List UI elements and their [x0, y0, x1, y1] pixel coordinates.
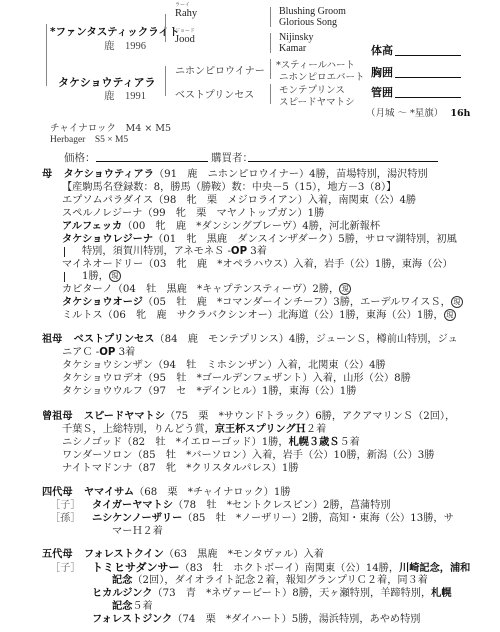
- gen3-brace-4: [270, 84, 271, 104]
- entry-bold-tail: 札幌: [431, 587, 451, 599]
- progeny-detail: （04 牡 黒鹿 *キャプテンスティーヴ）2勝，: [113, 284, 339, 295]
- progeny-0: エプソムパラダイス（98 牝 栗 メジロライアン）入着，南関東（公）4勝: [62, 194, 416, 207]
- fifth-dam-entry-2: フォレストジンク（74 栗 *ダイハート）5勝，湯浜特別，あやめ特別: [92, 613, 421, 626]
- sire-sire: ラーイ Rahy: [175, 3, 197, 19]
- dam-color-year: 鹿 1991: [104, 88, 146, 103]
- granddam-detail: （84 鹿 モンテプリンス）4勝，ジューンＳ，樽前山特別，ジュ: [154, 334, 457, 345]
- ggdam-detail: （75 栗 *サウンドトラック）6勝，アクアマリンＳ（2回），: [165, 411, 455, 422]
- progeny-detail: （00 牝 鹿 *ダンシングブレーヴ）4勝，河北新報杯: [122, 221, 380, 232]
- inbreeding-1: Herbager S5 × M5: [50, 131, 128, 145]
- active-icon: 現: [451, 296, 463, 308]
- progeny-cont: 特別，須賀川特別，アネモネＳ -: [82, 246, 231, 257]
- sire-color-year: 鹿 1996: [104, 38, 146, 53]
- fourth-dam-entry-1: ［孫］ニシケンノーザリー（85 牡 *ノーザリー）2勝，高知・東海（公）13勝，…: [50, 512, 454, 525]
- progeny-name: カピターノ: [62, 284, 113, 295]
- dam-heading-name: タケショウティアラ: [63, 169, 153, 180]
- entry-cont: （2回），ダイオライト記念２着，報知グランプリＣ２着，同３着: [132, 575, 428, 586]
- progeny-name: ミルトス: [62, 310, 103, 321]
- ggdam-cont-bold: 京王杯スプリングＨ: [215, 423, 306, 435]
- fourth-dam-name: ヤマイサム: [84, 487, 134, 498]
- op-badge: OP: [99, 347, 115, 358]
- foaling-value: 16h: [450, 108, 470, 119]
- ggdam-cont-text: 千葉Ｓ，上総特別，りんどう賞，: [62, 424, 215, 435]
- progeny-7: ミルトス（06 牝 鹿 サクラバクシンオー）北海道（公）1勝，東海（公）1勝，現: [62, 309, 456, 322]
- entry-name: ヒカルジンク: [92, 588, 152, 599]
- entry-bold-tail: 川崎記念，浦和: [399, 562, 470, 574]
- progeny-name: エプソムパラダイス: [62, 195, 153, 206]
- gen3-2: Nijinsky: [279, 32, 313, 43]
- ggdam-name: スピードヤマトシ: [84, 411, 165, 422]
- height-label: 体高: [371, 42, 393, 58]
- dam-label: 母: [42, 169, 52, 180]
- ggdam-cont: 千葉Ｓ，上総特別，りんどう賞，京王杯スプリングＨ２着: [62, 423, 326, 436]
- fifth-dam-heading: 五代母 フォレストクイン（63 黒鹿 *モンタヴァル）入着: [42, 548, 324, 561]
- fourth-dam-entry-0: ［子］タイガーヤマトシ（78 牡 *セントクレスピン）2勝，菖蒲特別: [50, 499, 391, 512]
- dam-summary: 【産駒馬名登録数：8，勝馬（勝鞍）数：中央－5（15），地方－3（8）】: [62, 181, 396, 194]
- price-field[interactable]: [96, 149, 208, 162]
- gen3-brace-2: [270, 33, 271, 53]
- chest-field[interactable]: [395, 65, 461, 78]
- progeny-name: スペルノレジーナ: [62, 208, 142, 219]
- buyer-label: 購買者：: [211, 150, 253, 165]
- ggdam-progeny-tail: ５着: [340, 437, 360, 448]
- cannon-label: 管囲: [371, 84, 393, 100]
- progeny-detail: （03 牝 鹿 *オペラハウス）入着，岩手（公）1勝，東海（公）: [143, 259, 452, 270]
- fifth-dam-entry-0: ［子］トミヒサダンサー（83 牡 ホクトボーイ）南関東（公）14勝，川崎記念，浦…: [50, 561, 470, 575]
- progeny-4-cont: 1勝，現: [82, 270, 121, 283]
- active-icon: 現: [444, 309, 456, 321]
- fourth-dam-heading: 四代母 ヤマイサム（68 栗 *チャイナロック）1勝: [42, 486, 291, 499]
- ggdam-progeny-2: ナイトマドンナ（87 牝 *クリスタルパレス）1勝: [62, 462, 299, 475]
- active-icon: 現: [109, 270, 121, 282]
- entry-cont-bold: 記念: [112, 574, 132, 586]
- granddam-cont-text: ニアＣ -: [62, 347, 99, 358]
- ggdam-progeny-bold: 札幌３歳Ｓ: [289, 436, 340, 448]
- height-field[interactable]: [395, 43, 461, 56]
- ggdam-progeny-0: ニシノゴッド（82 牡 *イエローゴッド）1勝，札幌３歳Ｓ５着: [62, 436, 360, 449]
- dam-heading-detail: （91 鹿 ニホンピロウイナー）4勝，苗場特別，湯沢特別: [154, 169, 428, 180]
- active-icon: 現: [339, 283, 351, 295]
- sire-brace: [165, 14, 166, 42]
- entry-detail: （83 牡 ホクトボーイ）南関東（公）14勝，: [180, 563, 400, 574]
- pedigree-brace-main: [46, 24, 47, 86]
- progeny-3-cont: 特別，須賀川特別，アネモネＳ -OP 3着: [82, 245, 267, 258]
- progeny-detail: （99 牝 栗 マヤノトップガン）1勝: [142, 208, 324, 219]
- sire-dam: ジョード Jood: [175, 29, 195, 45]
- progeny-5: カピターノ（04 牡 黒鹿 *キャプテンスティーヴ）2勝，現: [62, 283, 351, 296]
- ggdam-progeny-1: ワンダーソロン（85 牡 *バーソロン）入着，岩手（公）10勝，新潟（公）3勝: [62, 449, 434, 462]
- progeny-name: アルフェッカ: [62, 221, 122, 232]
- progeny-detail: （05 牡 鹿 *コマンダーインチーフ）3勝，エーデルワイスＳ，: [143, 297, 451, 308]
- chest-label: 胸囲: [371, 64, 393, 80]
- fifth-dam-detail: （63 黒鹿 *モンタヴァル）入着: [164, 549, 324, 560]
- gen3-brace-3: [270, 59, 271, 79]
- ggdam-label: 曾祖母: [42, 411, 73, 422]
- gen3-0: Blushing Groom: [279, 6, 346, 17]
- progeny-name: タケショウレジーナ: [62, 234, 153, 245]
- progeny-detail: （06 牝 鹿 サクラバクシンオー）北海道（公）1勝，東海（公）1勝，: [103, 310, 444, 321]
- cannon-field[interactable]: [395, 85, 461, 98]
- ggdam-heading: 曾祖母 スピードヤマトシ（75 栗 *サウンドトラック）6勝，アクアマリンＳ（2…: [42, 410, 455, 423]
- ggdam-progeny-text: ニシノゴッド（82 牡 *イエローゴッド）1勝，: [62, 437, 289, 448]
- entry-name: フォレストジンク: [92, 614, 172, 625]
- granddam-progeny-1: タケショウロデオ（95 牡 *ゴールデンフェザント）入着，山形（公）8勝: [62, 372, 411, 385]
- foaling-note: （月城 ～ *星旗） 16h: [366, 105, 470, 119]
- entry-detail: （74 栗 *ダイハート）5勝，湯浜特別，あやめ特別: [172, 614, 420, 625]
- gen3-1: Glorious Song: [279, 17, 337, 28]
- progeny-name: タケショウオージ: [62, 297, 143, 308]
- fifth-dam-entry-1: ヒカルジンク（73 青 *ネヴァービート）8勝，天ヶ瀬特別，羊蹄特別，札幌: [92, 587, 452, 600]
- fifth-dam-label: 五代母: [42, 549, 73, 560]
- progeny-2: アルフェッカ（00 牝 鹿 *ダンシングブレーヴ）4勝，河北新報杯: [62, 220, 380, 233]
- dam-sire: ニホンピロウイナー: [175, 62, 265, 77]
- op-badge: OP: [231, 246, 247, 257]
- entry-name: トミヒサダンサー: [92, 561, 180, 574]
- fifth-dam-entry-0-cont: 記念（2回），ダイオライト記念２着，報知グランプリＣ２着，同３着: [112, 574, 428, 587]
- progeny-cont2: 3着: [247, 246, 267, 257]
- granddam-label: 祖母: [42, 334, 62, 345]
- entry-tag: ［子］: [50, 562, 92, 575]
- entry-detail: （85 牡 *ノーザリー）2勝，高知・東海（公）13勝，サ: [182, 513, 454, 524]
- ggdam-cont2: ２着: [306, 424, 326, 435]
- granddam-name: ベストプリンセス: [74, 334, 155, 345]
- sire-sire-name: Rahy: [175, 8, 197, 19]
- granddam-heading: 祖母 ベストプリンセス（84 鹿 モンテプリンス）4勝，ジューンＳ，樽前山特別，…: [42, 333, 458, 346]
- continuation-bar: [64, 247, 65, 257]
- progeny-cont: 1勝，: [82, 271, 109, 282]
- granddam-progeny-0: タケショウシンザン（94 牡 ミホシンザン）入着，北関東（公）4勝: [62, 359, 386, 372]
- dam-brace: [165, 66, 166, 96]
- progeny-name: マイネオードリー: [62, 259, 143, 270]
- gen3-7: スピードヤマトシ: [279, 94, 355, 108]
- fifth-dam-name: フォレストクイン: [84, 549, 164, 560]
- entry-cont: ５着: [132, 601, 152, 612]
- entry-cont-bold: 記念: [112, 600, 132, 612]
- dam-heading: 母 タケショウティアラ（91 鹿 ニホンピロウイナー）4勝，苗場特別，湯沢特別: [42, 168, 428, 181]
- gen3-3: Kamar: [279, 43, 306, 54]
- progeny-1: スペルノレジーナ（99 牝 栗 マヤノトップガン）1勝: [62, 207, 324, 220]
- entry-tag: ［子］: [50, 499, 92, 512]
- sire-dam-name: Jood: [175, 34, 195, 45]
- progeny-detail: （98 牝 栗 メジロライアン）入着，南関東（公）4勝: [153, 195, 416, 206]
- continuation-bar: [64, 272, 65, 282]
- progeny-6: タケショウオージ（05 牡 鹿 *コマンダーインチーフ）3勝，エーデルワイスＳ，…: [62, 296, 463, 309]
- buyer-field[interactable]: [248, 149, 438, 162]
- entry-detail: （73 青 *ネヴァービート）8勝，天ヶ瀬特別，羊蹄特別，: [152, 588, 431, 599]
- entry-name: タイガーヤマトシ: [92, 500, 173, 511]
- gen3-5: ニホンピロエバート: [279, 69, 365, 83]
- granddam-cont2: 3着: [115, 347, 135, 358]
- price-label: 価格：: [64, 150, 96, 165]
- sire-name: *ファンタスティックライト: [50, 24, 180, 39]
- foaling-note-text: （月城 ～ *星旗）: [366, 108, 443, 119]
- granddam-cont: ニアＣ -OP 3着: [62, 346, 135, 359]
- progeny-detail: （01 牝 黒鹿 ダンスインザダーク）5勝，サロマ湖特別，初風: [153, 234, 457, 245]
- fourth-dam-detail: （68 栗 *チャイナロック）1勝: [134, 487, 290, 498]
- dam-dam: ベストプリンセス: [175, 86, 254, 101]
- entry-detail: （78 牡 *セントクレスピン）2勝，菖蒲特別: [173, 500, 391, 511]
- entry-name: ニシケンノーザリー: [92, 513, 182, 524]
- fourth-dam-entry-1-cont: マーＨ２着: [112, 525, 163, 538]
- entry-tag: ［孫］: [50, 512, 92, 525]
- fifth-dam-entry-1-cont: 記念５着: [112, 600, 153, 613]
- fourth-dam-label: 四代母: [42, 487, 73, 498]
- gen3-brace-1: [270, 7, 271, 27]
- granddam-progeny-2: タケショウウルフ（97 セ *デインヒル）1勝，東海（公）1勝: [62, 385, 356, 398]
